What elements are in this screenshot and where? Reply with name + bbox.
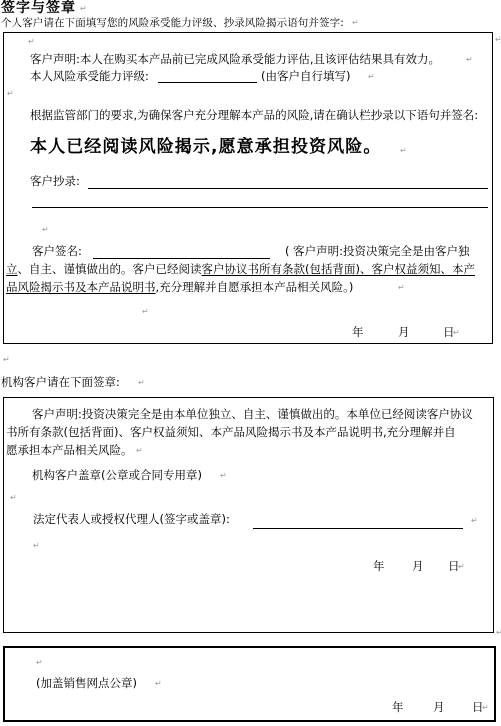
date-month-label: 月 <box>412 559 424 573</box>
institution-declaration-line1: 客户声明:投资决策完全是由本单位独立、自主、谨慎做出的。本单位已经阅读客户协议 <box>32 407 473 421</box>
sign-note-line2-underlined-1: 立 <box>6 262 18 276</box>
institution-declaration-line2: 书所有条款(包括背面)、客户权益须知、本产品风险揭示书及本产品说明书,充分理解并… <box>6 425 456 439</box>
paragraph-mark-icon: ↵ <box>155 680 162 688</box>
paragraph-mark-icon: ↵ <box>33 542 40 550</box>
risk-statement-text: 本人已经阅读风险揭示,愿意承担投资风险。 <box>30 136 381 159</box>
paragraph-mark-icon: ↵ <box>352 19 359 27</box>
sign-note-line2-plain: 、自主、谨慎做出的。客户已经阅读 <box>18 262 202 276</box>
risk-rating-blank[interactable] <box>158 69 257 83</box>
legal-rep-signature-blank[interactable] <box>253 514 463 529</box>
paragraph-mark-icon: ↵ <box>42 226 49 234</box>
paragraph-mark-icon: ↵ <box>466 56 473 64</box>
paragraph-mark-icon: ↵ <box>10 494 17 502</box>
customer-signature-blank[interactable] <box>93 245 270 259</box>
risk-rating-label: 本人风险承受能力评级: <box>30 69 149 83</box>
paragraph-mark-icon: ↵ <box>3 356 10 364</box>
paragraph-mark-icon: ↵ <box>458 563 465 571</box>
date-year-label: 年 <box>373 559 385 573</box>
customer-sign-label: 客户签名: <box>32 244 82 258</box>
paragraph-mark-icon: ↵ <box>138 379 145 387</box>
paragraph-mark-icon: ↵ <box>36 659 43 667</box>
date-month-label: 月 <box>398 325 410 339</box>
institution-seal-label: 机构客户盖章(公章或合同专用章) <box>32 468 202 482</box>
date-month-label: 月 <box>433 700 445 714</box>
customer-copy-label: 客户抄录: <box>30 174 80 188</box>
paragraph-mark-icon: ↵ <box>7 90 14 98</box>
legal-rep-label: 法定代表人或授权代理人(签字或盖章): <box>33 512 230 526</box>
paragraph-mark-icon: ↵ <box>220 472 227 480</box>
paragraph-mark-icon: ↵ <box>495 36 501 44</box>
customer-copy-blank-line2[interactable] <box>32 207 488 208</box>
sign-note-line3: 品风险揭示书及本产品说明书,充分理解并自愿承担本产品相关风险。) <box>6 280 353 294</box>
outlet-seal-note: (加盖销售网点公章) <box>36 676 137 690</box>
sign-note-line2-underlined-2: 客户协议书所有条款(包括背面)、客户权益须知、本产 <box>202 262 475 276</box>
institution-section-label: 机构客户请在下面签章: <box>1 375 120 389</box>
sign-note-line1: ( 客户声明:投资决策完全是由客户独 <box>285 244 470 258</box>
paragraph-mark-icon: ↵ <box>80 5 87 13</box>
paragraph-mark-icon: ↵ <box>28 38 35 46</box>
copy-instruction-text: 根据监管部门的要求,为确保客户充分理解本产品的风险,请在确认栏抄录以下语句并签名… <box>30 108 478 122</box>
sign-note-line2: 立、自主、谨慎做出的。客户已经阅读客户协议书所有条款(包括背面)、客户权益须知、… <box>6 262 475 276</box>
paragraph-mark-icon: ↵ <box>400 147 407 155</box>
paragraph-mark-icon: ↵ <box>453 329 460 337</box>
document-page: 签字与签章 ↵ 个人客户请在下面填写您的风险承受能力评级、抄录风险揭示语句并签字… <box>0 0 501 726</box>
sign-note-line3-underlined: 品风险揭示书及本产品说明书 <box>6 280 156 294</box>
paragraph-mark-icon: ↵ <box>398 284 405 292</box>
paragraph-mark-icon: ↵ <box>471 517 478 525</box>
paragraph-mark-icon: ↵ <box>482 704 489 712</box>
institution-declaration-line3: 愿承担本产品相关风险。 <box>6 443 133 457</box>
paragraph-mark-icon: ↵ <box>142 308 149 316</box>
paragraph-mark-icon: ↵ <box>368 73 375 81</box>
customer-copy-blank-line1[interactable] <box>88 174 488 189</box>
sign-note-line3-plain: ,充分理解并自愿承担本产品相关风险。) <box>156 280 354 294</box>
date-year-label: 年 <box>352 325 364 339</box>
date-year-label: 年 <box>392 700 404 714</box>
individual-declaration-text: 客户声明:本人在购买本产品前已完成风险承受能力评估,且该评估结果具有效力。 <box>30 52 440 66</box>
risk-rating-hint: (由客户自行填写) <box>261 69 350 83</box>
individual-intro-text: 个人客户请在下面填写您的风险承受能力评级、抄录风险揭示语句并签字: <box>1 16 344 30</box>
paragraph-mark-icon: ↵ <box>496 629 501 637</box>
page-title: 签字与签章 <box>1 1 76 16</box>
paragraph-mark-icon: ↵ <box>136 447 143 455</box>
